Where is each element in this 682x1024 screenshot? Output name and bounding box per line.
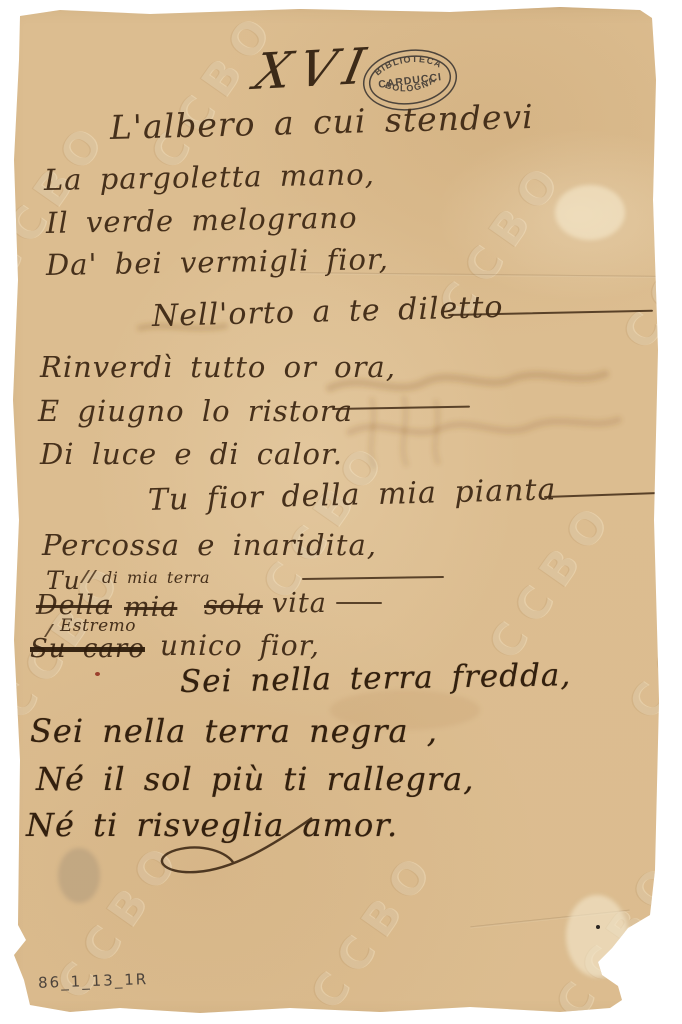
struck-word: sola bbox=[204, 590, 263, 621]
ccbo-watermark: CCBO bbox=[300, 840, 447, 1020]
interlinear-insertion: di mia terra bbox=[102, 568, 210, 587]
pen-flourish-dash bbox=[336, 602, 382, 604]
struck-word: Su caro bbox=[30, 634, 145, 664]
ink-smudge bbox=[58, 848, 100, 903]
kept-word: vita bbox=[272, 588, 327, 619]
poem-line: Né ti risveglia amor. bbox=[26, 806, 398, 844]
worn-patch bbox=[555, 185, 625, 240]
dark-speck bbox=[596, 925, 600, 929]
shelfmark: 86_1_13_1R bbox=[38, 970, 149, 992]
paper-crease bbox=[470, 910, 629, 929]
poem-line: Sei nella terra negra , bbox=[30, 712, 438, 750]
poem-line: Nell'orto a te diletto bbox=[152, 290, 504, 334]
paper-sheet: CCBO CCBO CCBO CCBO CCBO CCBO CCBO CCBO … bbox=[0, 0, 682, 1024]
poem-line: Di luce e di calor. bbox=[40, 437, 343, 471]
ccbo-watermark: CCBO bbox=[612, 180, 682, 360]
poem-line: Rinverdì tutto or ora, bbox=[40, 350, 396, 384]
poem-line: Né il sol più ti rallegra, bbox=[36, 760, 474, 798]
red-ink-dot bbox=[95, 672, 100, 676]
manuscript-scan: CCBO CCBO CCBO CCBO CCBO CCBO CCBO CCBO … bbox=[0, 0, 682, 1024]
poem-line: Sei nella terra fredda, bbox=[180, 657, 572, 700]
poem-line: Il verde melograno bbox=[46, 201, 358, 240]
poem-line: Percossa e inaridita, bbox=[42, 528, 377, 562]
worn-patch bbox=[566, 895, 628, 977]
pen-flourish-dash bbox=[544, 492, 660, 498]
ccbo-watermark: CCBO bbox=[618, 550, 682, 730]
poem-line: Da' bei vermigli fior, bbox=[46, 242, 389, 282]
poem-line: Tu fior della mia pianta bbox=[148, 472, 557, 518]
poem-line: E giugno lo ristora bbox=[38, 394, 353, 428]
interlinear-insertion: Estremo bbox=[60, 616, 136, 636]
poem-title-line: L'albero a cui stendevi bbox=[109, 97, 534, 147]
ccbo-watermark: CCBO bbox=[545, 850, 682, 1024]
kept-word: unico fior, bbox=[160, 629, 320, 662]
poem-line: La pargoletta mano, bbox=[44, 157, 375, 197]
ccbo-watermark: CCBO bbox=[478, 490, 625, 670]
pen-flourish-dash bbox=[302, 576, 444, 580]
